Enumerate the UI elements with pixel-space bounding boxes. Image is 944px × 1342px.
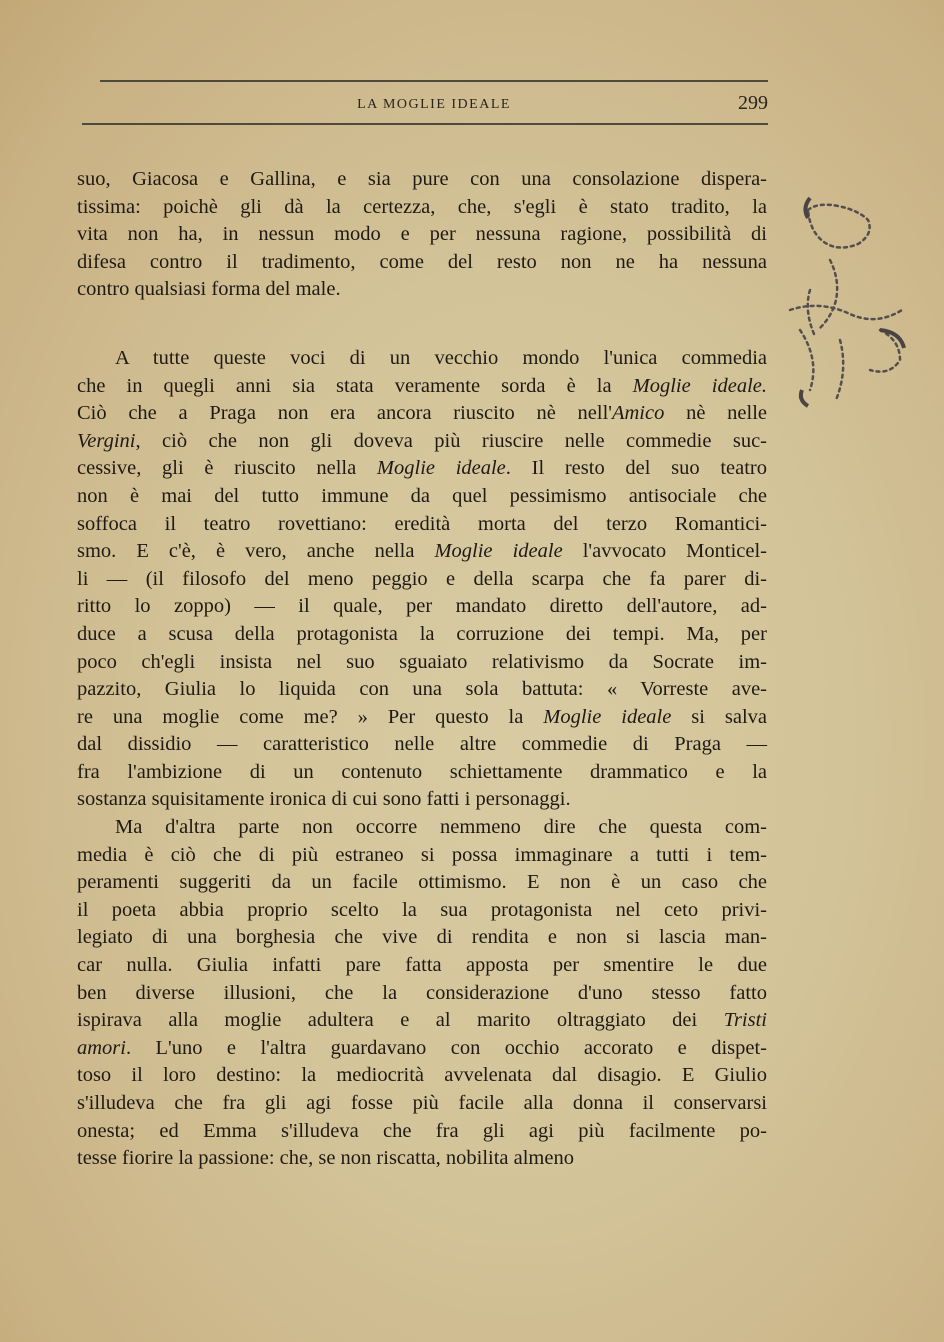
text-line: vita non ha, in nessun modo e per nessun… [77,221,767,249]
paragraph-1: suo, Giacosa e Gallina, e sia pure con u… [77,166,767,304]
text-line: li — (il filosofo del meno peggio e dell… [77,566,767,594]
paragraph-2: A tutte queste voci di un vecchio mondo … [77,345,767,814]
text-line: onesta; ed Emma s'illudeva che fra gli a… [77,1118,767,1146]
text-line: re una moglie come me? » Per questo la M… [77,704,767,732]
text-line: peramenti suggeriti da un facile ottimis… [77,869,767,897]
text-line: non è mai del tutto immune da quel pessi… [77,483,767,511]
text-line: Vergini, ciò che non gli doveva più rius… [77,428,767,456]
italic-title: Amico [612,402,664,424]
text-line: media è ciò che di più estraneo si possa… [77,842,767,870]
text-line: pazzito, Giulia lo liquida con una sola … [77,676,767,704]
italic-title: amori [77,1037,126,1059]
text-line: duce a scusa della protagonista la corru… [77,621,767,649]
text-line: Ma d'altra parte non occorre nemmeno dir… [77,814,767,842]
text-line: legiato di una borghesia che vive di ren… [77,924,767,952]
text-line: car nulla. Giulia infatti pare fatta app… [77,952,767,980]
italic-title: Moglie ideale [543,706,671,728]
text-line: sostanza squisitamente ironica di cui so… [77,786,767,814]
running-title: LA MOGLIE IDEALE [100,97,768,113]
text-line: che in quegli anni sia stata veramente s… [77,373,767,401]
italic-title: Vergini [77,430,135,452]
italic-title: Moglie ideale [377,457,506,479]
paragraph-spacer [77,304,767,345]
text-line: il poeta abbia proprio scelto la sua pro… [77,897,767,925]
library-stamp-icon [780,190,920,410]
header-rule-bottom [82,123,768,125]
text-line: A tutte queste voci di un vecchio mondo … [77,345,767,373]
text-line: soffoca il teatro rovettiano: eredità mo… [77,511,767,539]
body-text: suo, Giacosa e Gallina, e sia pure con u… [77,166,767,1173]
text-line: fra l'ambizione di un contenuto schietta… [77,759,767,787]
text-line: amori. L'uno e l'altra guardavano con oc… [77,1035,767,1063]
text-line: dal dissidio — caratteristico nelle altr… [77,731,767,759]
text-line: ritto lo zoppo) — il quale, per mandato … [77,593,767,621]
text-line: difesa contro il tradimento, come del re… [77,249,767,277]
text-line: tesse fiorire la passione: che, se non r… [77,1145,767,1173]
text-line: smo. E c'è, è vero, anche nella Moglie i… [77,538,767,566]
italic-title: Moglie ideale. [633,375,767,397]
text-line: toso il loro destino: la mediocrità avve… [77,1062,767,1090]
header-rule-top [100,80,768,82]
text-line: s'illudeva che fra gli agi fosse più fac… [77,1090,767,1118]
text-line: ben diverse illusioni, che la consideraz… [77,980,767,1008]
text-line: tissima: poichè gli dà la certezza, che,… [77,194,767,222]
running-head: LA MOGLIE IDEALE 299 [100,92,768,118]
text-line: ispirava alla moglie adultera e al marit… [77,1007,767,1035]
text-line: cessive, gli è riuscito nella Moglie ide… [77,455,767,483]
paragraph-3: Ma d'altra parte non occorre nemmeno dir… [77,814,767,1173]
page-number: 299 [738,92,768,115]
text-line: poco ch'egli insista nel suo sguaiato re… [77,649,767,677]
text-line: contro qualsiasi forma del male. [77,276,767,304]
text-line: Ciò che a Praga non era ancora riuscito … [77,400,767,428]
text-line: suo, Giacosa e Gallina, e sia pure con u… [77,166,767,194]
italic-title: Moglie ideale [434,540,562,562]
book-page: LA MOGLIE IDEALE 299 suo, Giacosa e Gall… [0,0,944,1342]
italic-title: Tristi [724,1009,767,1031]
